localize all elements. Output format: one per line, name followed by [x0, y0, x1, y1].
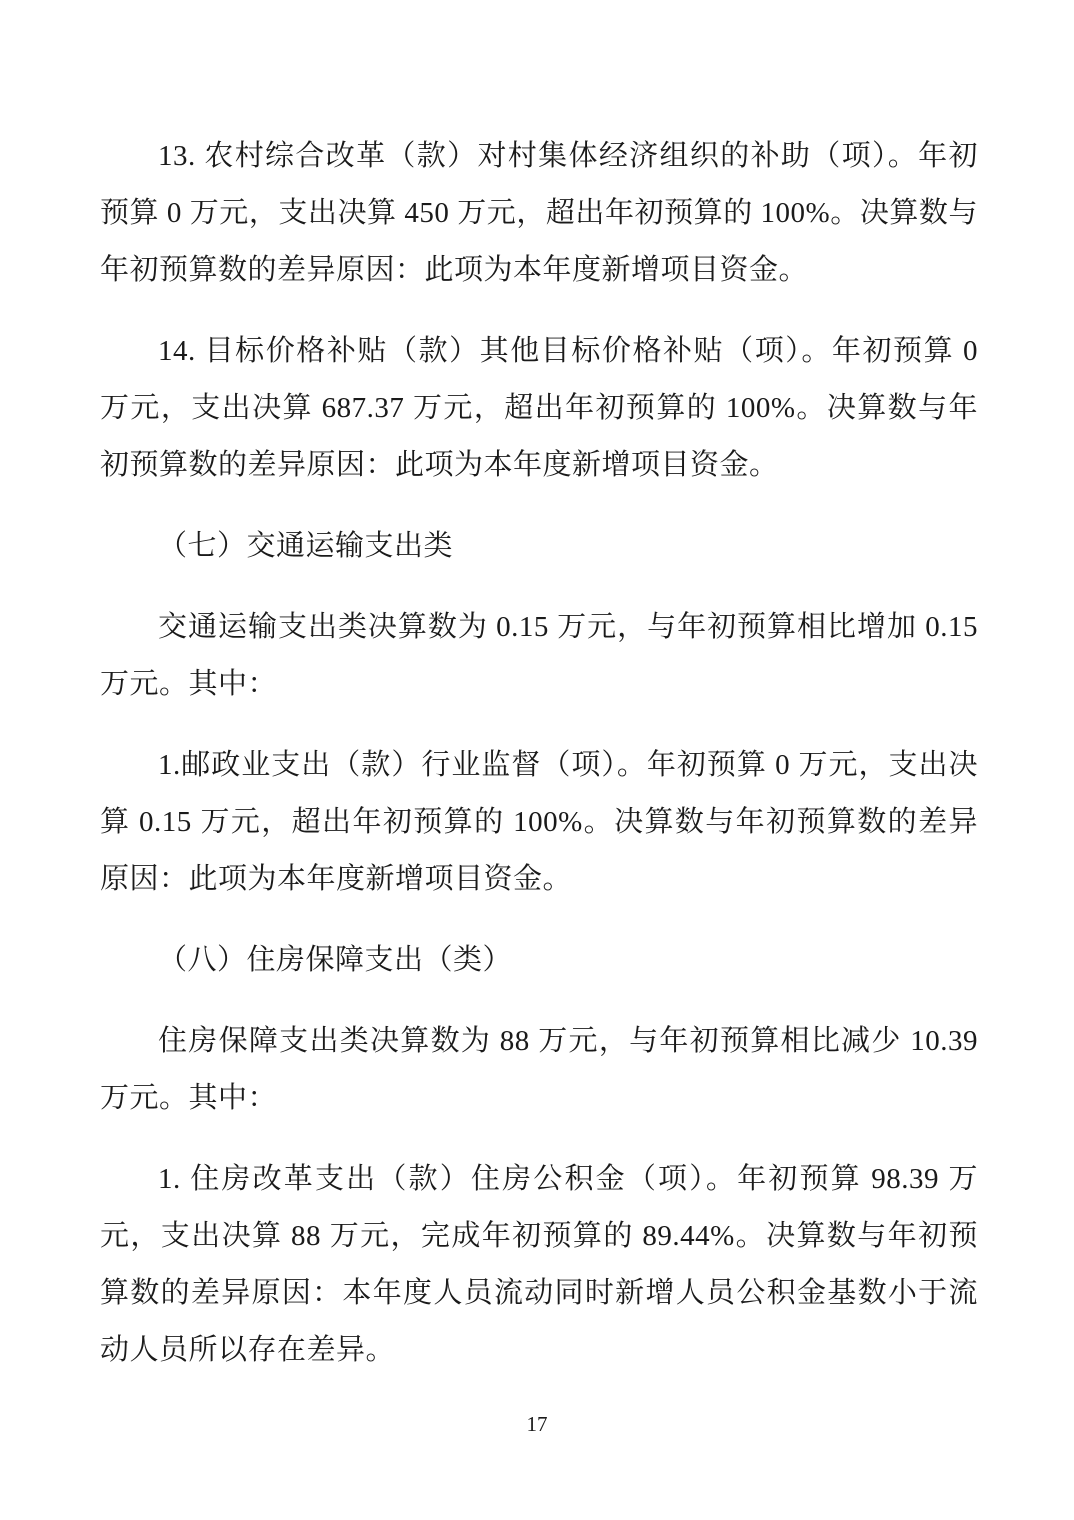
- page-number: 17: [0, 1410, 1074, 1438]
- paragraph-item-13-rural-reform: 13. 农村综合改革（款）对村集体经济组织的补助（项）。年初预算 0 万元，支出…: [100, 128, 978, 299]
- paragraph-item-1-housing-fund: 1. 住房改革支出（款）住房公积金（项）。年初预算 98.39 万元，支出决算 …: [100, 1151, 978, 1379]
- document-page: 13. 农村综合改革（款）对村集体经济组织的补助（项）。年初预算 0 万元，支出…: [0, 0, 1074, 1520]
- section-heading-housing-expenditure: （八）住房保障支出（类）: [100, 932, 978, 989]
- paragraph-item-1-postal: 1.邮政业支出（款）行业监督（项）。年初预算 0 万元，支出决算 0.15 万元…: [100, 737, 978, 908]
- section-heading-transport-expenditure: （七）交通运输支出类: [100, 518, 978, 575]
- paragraph-housing-summary: 住房保障支出类决算数为 88 万元，与年初预算相比减少 10.39 万元。其中：: [100, 1013, 978, 1127]
- paragraph-item-14-target-price-subsidy: 14. 目标价格补贴（款）其他目标价格补贴（项）。年初预算 0 万元，支出决算 …: [100, 323, 978, 494]
- document-body: 13. 农村综合改革（款）对村集体经济组织的补助（项）。年初预算 0 万元，支出…: [100, 128, 978, 1403]
- paragraph-transport-summary: 交通运输支出类决算数为 0.15 万元，与年初预算相比增加 0.15 万元。其中…: [100, 599, 978, 713]
